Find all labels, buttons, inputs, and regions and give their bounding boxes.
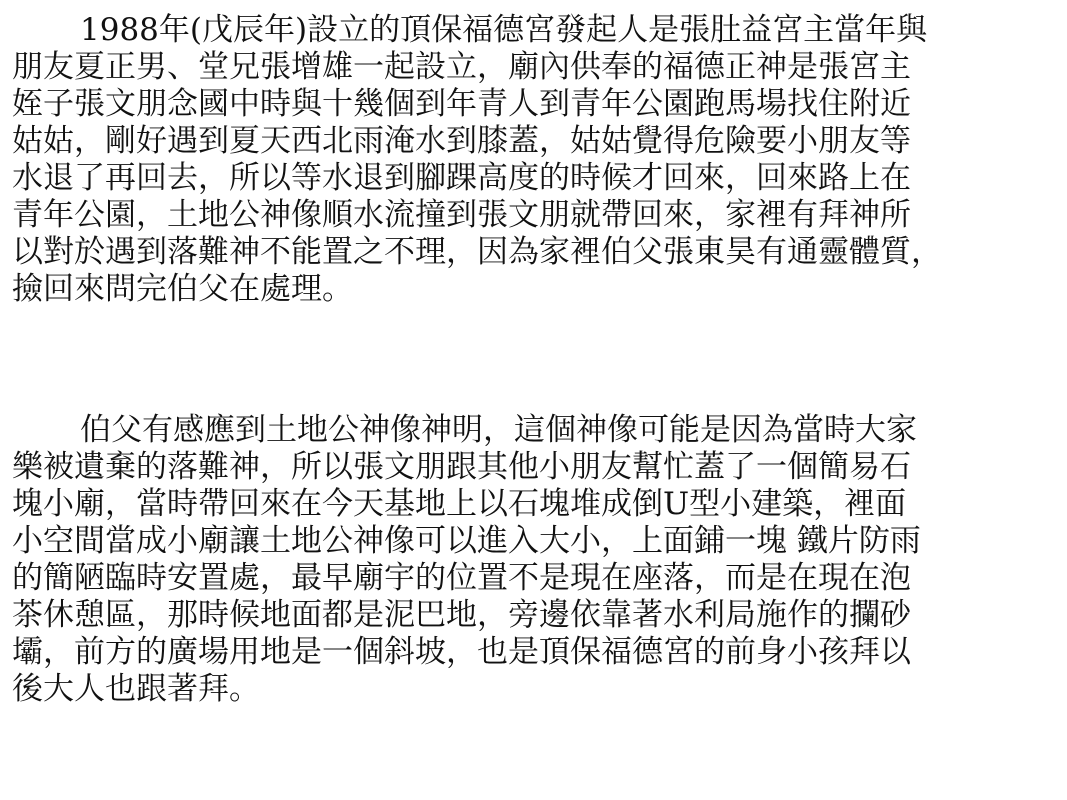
paragraph-early-shrine: 伯父有感應到土地公神像神明，這個神像可能是因為當時大家 樂被遺棄的落難神，所以張… xyxy=(12,412,1062,708)
paragraph-founding-history: 1988年(戊辰年)設立的頂保福德宮發起人是張肚益宮主當年與 朋友夏正男、堂兄張… xyxy=(12,12,1062,308)
text-line: 朋友夏正男、堂兄張增雄一起設立，廟內供奉的福德正神是張宮主 xyxy=(12,49,1062,86)
text-line: 青年公園，土地公神像順水流撞到張文朋就帶回來，家裡有拜神所 xyxy=(12,197,1062,234)
text-line: 茶休憩區，那時候地面都是泥巴地，旁邊依靠著水利局施作的攔砂 xyxy=(12,597,1062,634)
text-line: 壩，前方的廣場用地是一個斜坡，也是頂保福德宮的前身小孩拜以 xyxy=(12,634,1062,671)
text-line: 1988年(戊辰年)設立的頂保福德宮發起人是張肚益宮主當年與 xyxy=(12,12,1062,49)
document-page: 1988年(戊辰年)設立的頂保福德宮發起人是張肚益宮主當年與 朋友夏正男、堂兄張… xyxy=(0,0,1067,800)
text-line: 樂被遺棄的落難神，所以張文朋跟其他小朋友幫忙蓋了一個簡易石 xyxy=(12,449,1062,486)
text-line: 水退了再回去，所以等水退到腳踝高度的時候才回來，回來路上在 xyxy=(12,160,1062,197)
text-line: 姪子張文朋念國中時與十幾個到年青人到青年公園跑馬場找住附近 xyxy=(12,86,1062,123)
text-line: 以對於遇到落難神不能置之不理，因為家裡伯父張東昊有通靈體質， xyxy=(12,234,1062,271)
text-line: 後大人也跟著拜。 xyxy=(12,671,1062,708)
text-line: 小空間當成小廟讓土地公神像可以進入大小，上面鋪一塊 鐵片防雨 xyxy=(12,523,1062,560)
text-line: 姑姑，剛好遇到夏天西北雨淹水到膝蓋，姑姑覺得危險要小朋友等 xyxy=(12,123,1062,160)
text-line: 塊小廟，當時帶回來在今天基地上以石塊堆成倒U型小建築，裡面 xyxy=(12,486,1062,523)
text-line: 撿回來問完伯父在處理。 xyxy=(12,271,1062,308)
text-line: 伯父有感應到土地公神像神明，這個神像可能是因為當時大家 xyxy=(12,412,1062,449)
text-line: 的簡陋臨時安置處，最早廟宇的位置不是現在座落，而是在現在泡 xyxy=(12,560,1062,597)
